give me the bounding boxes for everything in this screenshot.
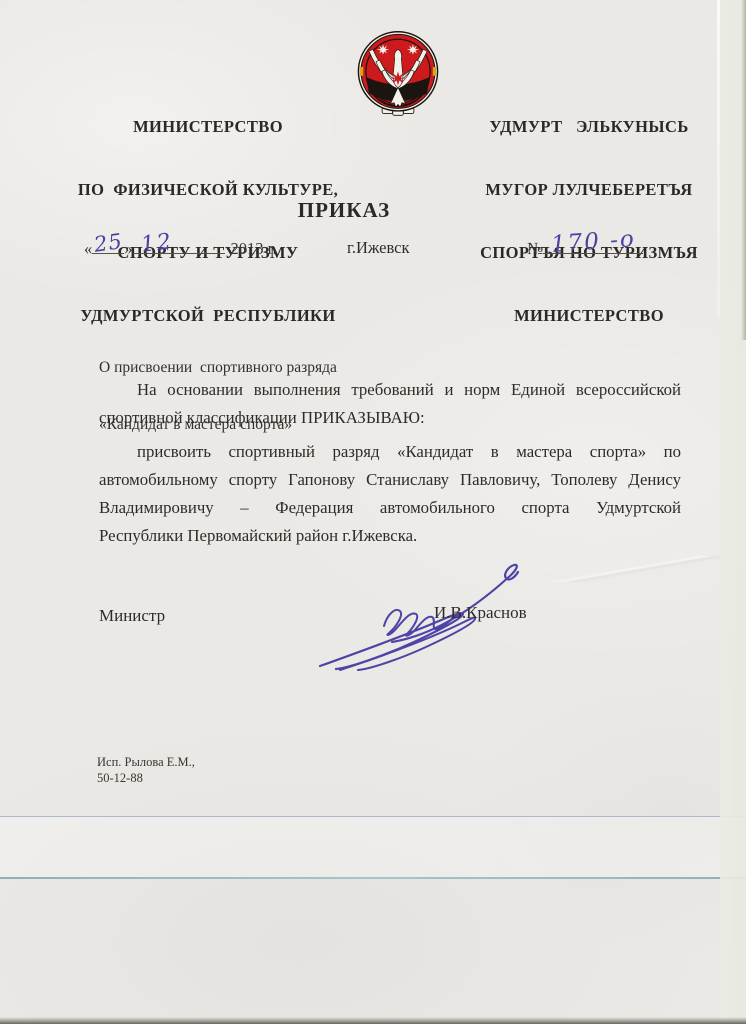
scan-band [0,817,746,877]
paragraph-resolution: присвоить спортивный разряд «Кандидат в … [99,438,681,550]
date-year: 2013 г. [231,239,277,258]
document-title: ПРИКАЗ [0,198,688,223]
scanned-document-page: МИНИСТЕРСТВО ПО ФИЗИЧЕСКОЙ КУЛЬТУРЕ, СПО… [0,0,746,1024]
city-label: г.Ижевск [347,238,410,258]
body-line: Республики Первомайский район г.Ижевска. [99,522,681,550]
date-day-blank: 25 [92,236,124,254]
body-line: На основании выполнения требований и нор… [99,376,681,404]
org-line: УДМУРТ ЭЛЬКУНЫСЬ [452,116,726,137]
signer-name: И.В.Краснов [434,603,527,623]
org-line: МУГОР ЛУЛЧЕБЕРЕТЪЯ [452,179,726,200]
scan-edge-right [741,0,746,340]
scan-line-bottom [0,877,746,879]
body-line: спортивной классификации ПРИКАЗЫВАЮ: [99,404,681,432]
number-blank: 170 -о [543,234,643,254]
org-line: ПО ФИЗИЧЕСКОЙ КУЛЬТУРЕ, [52,179,364,200]
org-line: МИНИСТЕРСТВО [452,305,726,326]
scan-edge-bottom [0,1017,746,1024]
handwritten-day: 25 [93,229,125,257]
udmurtia-coat-of-arms-icon [354,28,442,120]
signer-position: Министр [99,606,165,626]
org-line: МИНИСТЕРСТВО [52,116,364,137]
subject-line-1: О присвоении спортивного разряда [99,358,337,377]
body-line: автомобильному спорту Гапонову Станислав… [99,466,681,494]
handwritten-number: 170 -о [550,226,636,258]
date-close-quote: » [124,239,132,258]
body-line: Владимировичу – Федерация автомобильного… [99,494,681,522]
order-body: На основании выполнения требований и нор… [99,376,681,550]
body-line: присвоить спортивный разряд «Кандидат в … [99,438,681,466]
date-open-quote: « [84,239,92,258]
order-number: №170 -о [527,234,643,259]
executor-name: Исп. Рылова Е.М., [97,754,195,770]
handwritten-month: 12 [139,229,174,258]
date-line: «25»122013 г. [84,236,277,259]
date-month-blank: 12 [133,236,225,254]
number-sign: № [527,239,543,258]
paper-crease [520,556,746,582]
executor-phone: 50-12-88 [97,770,195,786]
scan-line-top [0,816,746,817]
executor-block: Исп. Рылова Е.М., 50-12-88 [97,754,195,786]
paragraph-basis: На основании выполнения требований и нор… [99,376,681,432]
